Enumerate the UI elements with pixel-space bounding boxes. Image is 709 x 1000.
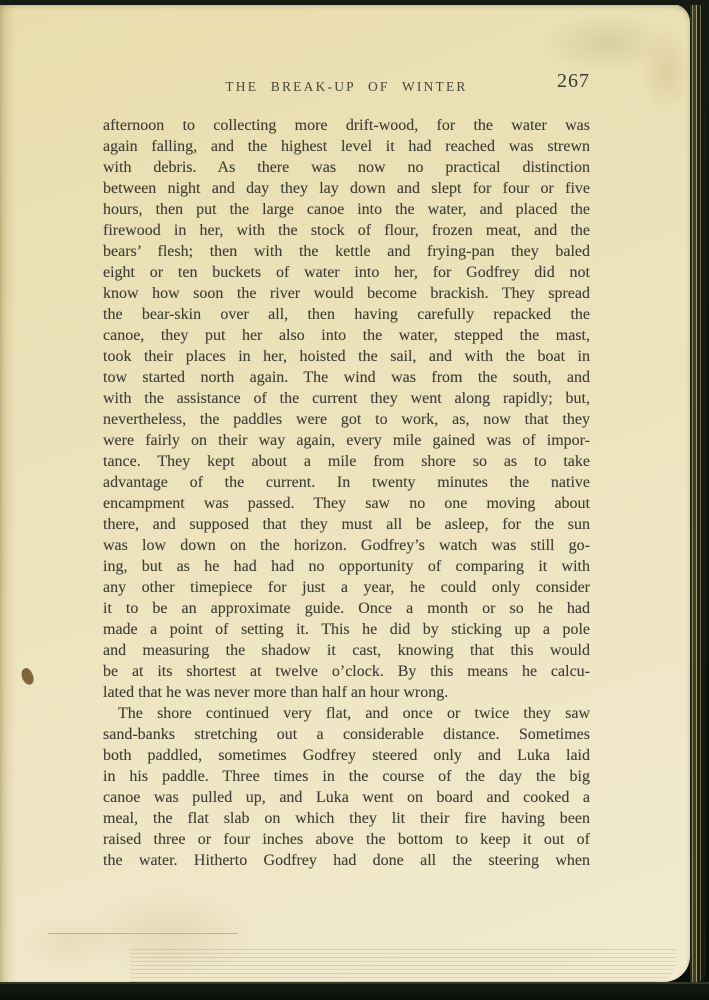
body-text: afternoon to collecting more drift-wood,… — [103, 115, 590, 871]
text-line: was low down on the horizon. Godfrey’s w… — [103, 535, 590, 556]
text-line: and measuring the shadow it cast, knowin… — [103, 640, 590, 661]
text-line: sand-banks stretching out a considerable… — [103, 724, 590, 745]
text-line: eight or ten buckets of water into her, … — [103, 262, 590, 283]
text-line: any other timepiece for just a year, he … — [103, 577, 590, 598]
page-gutter-shadow — [0, 4, 16, 982]
text-line: lated that he was never more than half a… — [103, 682, 590, 703]
text-line: both paddled, sometimes Godfrey steered … — [103, 745, 590, 766]
text-line: canoe was pulled up, and Luka went on bo… — [103, 787, 590, 808]
text-line: encampment was passed. They saw no one m… — [103, 493, 590, 514]
text-line: tow started north again. The wind was fr… — [103, 367, 590, 388]
text-line: ing, but as he had had no opportunity of… — [103, 556, 590, 577]
text-line: advantage of the current. In twenty minu… — [103, 472, 590, 493]
text-line: raised three or four inches above the bo… — [103, 829, 590, 850]
text-line: The shore continued very flat, and once … — [103, 703, 590, 724]
text-line: in his paddle. Three times in the course… — [103, 766, 590, 787]
page-edges-right — [690, 4, 706, 982]
text-line: were fairly on their way again, every mi… — [103, 430, 590, 451]
paper-stain — [80, 888, 260, 978]
text-line: nevertheless, the paddles were got to wo… — [103, 409, 590, 430]
background-band-top — [0, 0, 709, 5]
text-line: know how soon the river would become bra… — [103, 283, 590, 304]
text-line: took their places in her, hoisted the sa… — [103, 346, 590, 367]
background-band-bottom — [0, 982, 709, 1000]
text-line: with the assistance of the current they … — [103, 388, 590, 409]
text-line: made a point of setting it. This he did … — [103, 619, 590, 640]
text-line: canoe, they put her also into the water,… — [103, 325, 590, 346]
text-line: firewood in her, with the stock of flour… — [103, 220, 590, 241]
paper-stain — [640, 28, 692, 114]
text-line: tance. They kept about a mile from shore… — [103, 451, 590, 472]
text-line: there, and supposed that they must all b… — [103, 514, 590, 535]
text-line: be at its shortest at twelve o’clock. By… — [103, 661, 590, 682]
text-line: again falling, and the highest level it … — [103, 136, 590, 157]
text-line: between night and day they lay down and … — [103, 178, 590, 199]
text-line: the bear-skin over all, then having care… — [103, 304, 590, 325]
text-line: the water. Hitherto Godfrey had done all… — [103, 850, 590, 871]
scanned-book-photo: THE BREAK-UP OF WINTER 267 afternoon to … — [0, 0, 709, 1000]
page-number: 267 — [103, 70, 590, 93]
text-line: bears’ flesh; then with the kettle and f… — [103, 241, 590, 262]
text-line: with debris. As there was now no practic… — [103, 157, 590, 178]
text-line: it to be an approximate guide. Once a mo… — [103, 598, 590, 619]
text-line: hours, then put the large canoe into the… — [103, 199, 590, 220]
text-line: afternoon to collecting more drift-wood,… — [103, 115, 590, 136]
text-line: meal, the flat slab on which they lit th… — [103, 808, 590, 829]
